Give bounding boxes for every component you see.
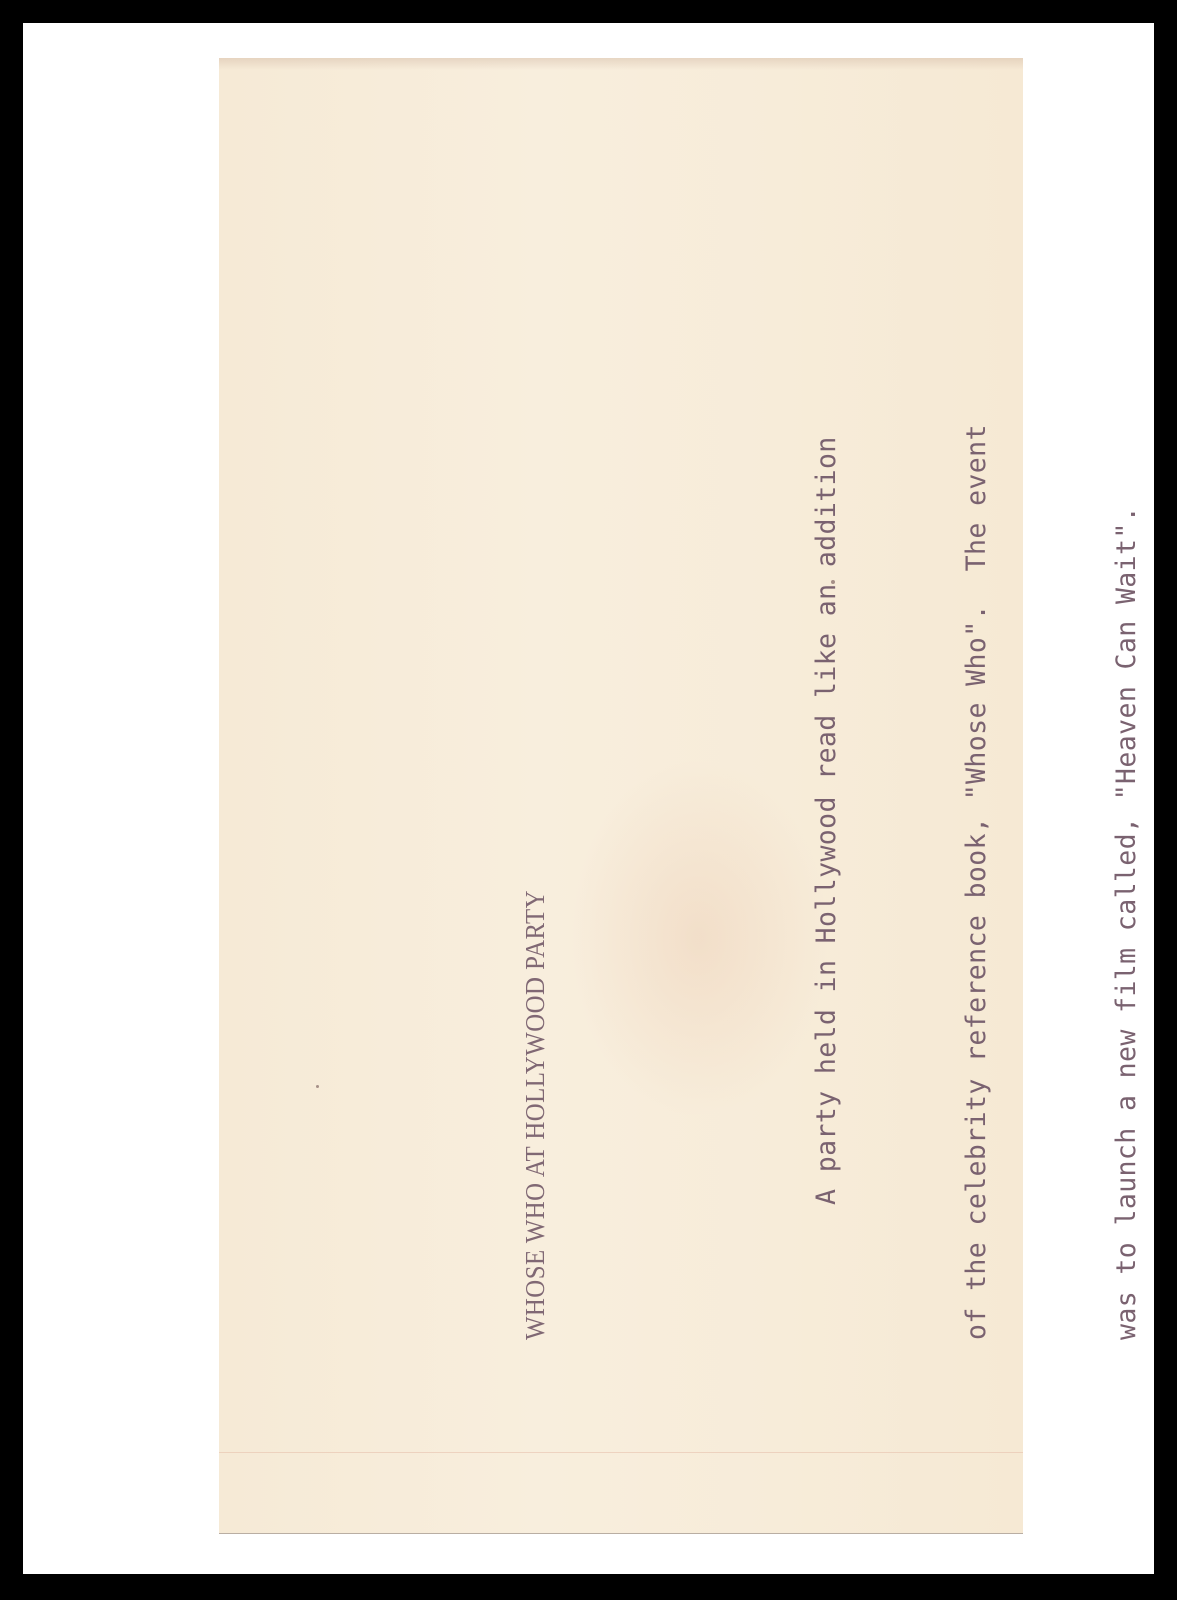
paper-fold-line	[219, 1452, 1023, 1453]
caption-line: was to launch a new film called, "Heaven…	[1102, 200, 1152, 1340]
spacer	[660, 200, 702, 1340]
caption-line: of the celebrity reference book, "Whose …	[952, 200, 1002, 1340]
dust-speck	[316, 1085, 319, 1088]
typed-caption: WHOSE WHO AT HOLLYWOOD PARTY A party hel…	[410, 200, 1177, 1340]
caption-headline: WHOSE WHO AT HOLLYWOOD PARTY	[510, 291, 560, 1340]
caption-line: A party held in Hollywood read like an a…	[802, 200, 852, 1340]
